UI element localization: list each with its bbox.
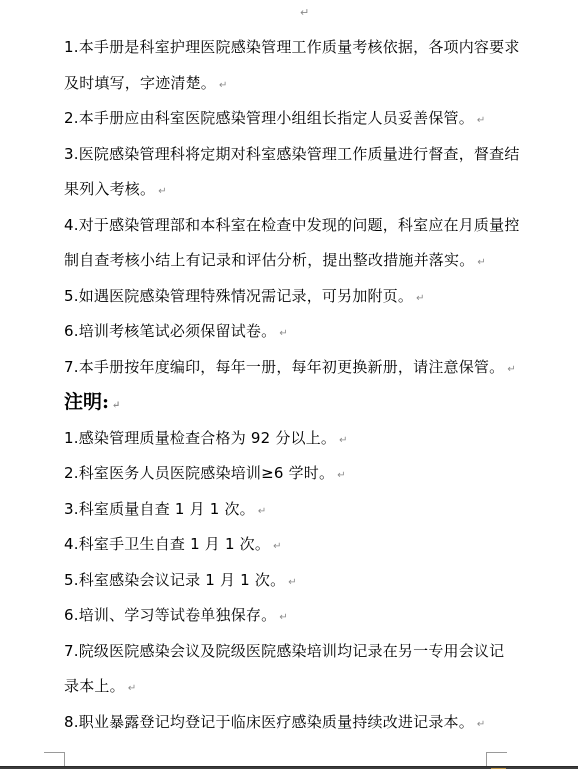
note-5: 5.科室感染会议记录 1 月 1 次。↵ xyxy=(64,563,540,599)
paragraph-mark-icon: ↵ xyxy=(158,186,167,197)
instruction-1: 1.本手册是科室护理医院感染管理工作质量考核依据，各项内容要求 及时填写，字迹清… xyxy=(64,30,540,101)
paragraph-mark-icon: ↵ xyxy=(477,115,486,126)
note-4: 4.科室手卫生自查 1 月 1 次。↵ xyxy=(64,527,540,563)
paragraph-mark-icon: ↵ xyxy=(112,400,120,411)
document-page[interactable]: ↵ 1.本手册是科室护理医院感染管理工作质量考核依据，各项内容要求 及时填写，字… xyxy=(0,0,578,765)
paragraph-mark-icon: ↵ xyxy=(219,80,228,91)
instruction-6: 6.培训考核笔试必须保留试卷。↵ xyxy=(64,314,540,350)
paragraph-mark-icon: ↵ xyxy=(258,506,267,517)
note-1: 1.感染管理质量检查合格为 92 分以上。↵ xyxy=(64,421,540,457)
paragraph-mark-icon: ↵ xyxy=(273,541,282,552)
margin-corner-mark-right xyxy=(486,752,507,767)
paragraph-mark-icon: ↵ xyxy=(477,719,486,730)
text-line: 3.医院感染管理科将定期对科室感染管理工作质量进行督查，督查结 xyxy=(64,137,540,173)
text-line: 6.培训、学习等试卷单独保存。↵ xyxy=(64,598,540,634)
note-2: 2.科室医务人员医院感染培训≥6 学时。↵ xyxy=(64,456,540,492)
note-3: 3.科室质量自查 1 月 1 次。↵ xyxy=(64,492,540,528)
note-7: 7.院级医院感染会议及院级医院感染培训均记录在另一专用会议记 录本上。↵ xyxy=(64,634,540,705)
text-line: 1.本手册是科室护理医院感染管理工作质量考核依据，各项内容要求 xyxy=(64,30,540,66)
paragraph-mark-icon: ↵ xyxy=(477,257,486,268)
paragraph-mark-icon: ↵ xyxy=(279,612,288,623)
instruction-4: 4.对于感染管理部和本科室在检查中发现的问题，科室应在月质量控 制自查考核小结上… xyxy=(64,208,540,279)
text-line: 果列入考核。↵ xyxy=(64,172,540,208)
margin-corner-mark-left xyxy=(44,752,65,767)
text-line: 8.职业暴露登记均登记于临床医疗感染质量持续改进记录本。↵ xyxy=(64,705,540,741)
instruction-7: 7.本手册按年度编印，每年一册，每年初更换新册，请注意保管。↵ xyxy=(64,350,540,386)
text-line: 7.院级医院感染会议及院级医院感染培训均记录在另一专用会议记 xyxy=(64,634,540,670)
paragraph-mark-icon: ↵ xyxy=(339,435,348,446)
text-line: 6.培训考核笔试必须保留试卷。↵ xyxy=(64,314,540,350)
instruction-5: 5.如遇医院感染管理特殊情况需记录，可另加附页。↵ xyxy=(64,279,540,315)
text-line: 2.本手册应由科室医院感染管理小组组长指定人员妥善保管。↵ xyxy=(64,101,540,137)
text-line: 5.科室感染会议记录 1 月 1 次。↵ xyxy=(64,563,540,599)
text-line: 及时填写，字迹清楚。↵ xyxy=(64,66,540,102)
paragraph-mark-icon: ↵ xyxy=(337,470,346,481)
text-line: 5.如遇医院感染管理特殊情况需记录，可另加附页。↵ xyxy=(64,279,540,315)
note-8: 8.职业暴露登记均登记于临床医疗感染质量持续改进记录本。↵ xyxy=(64,705,540,741)
paragraph-mark-icon: ↵ xyxy=(416,293,425,304)
instruction-3: 3.医院感染管理科将定期对科室感染管理工作质量进行督查，督查结 果列入考核。↵ xyxy=(64,137,540,208)
text-line: 录本上。↵ xyxy=(64,669,540,705)
note-6: 6.培训、学习等试卷单独保存。↵ xyxy=(64,598,540,634)
text-line: 制自查考核小结上有记录和评估分析，提出整改措施并落实。↵ xyxy=(64,243,540,279)
text-line: 7.本手册按年度编印，每年一册，每年初更换新册，请注意保管。↵ xyxy=(64,350,540,386)
text-line: 3.科室质量自查 1 月 1 次。↵ xyxy=(64,492,540,528)
notes-heading: 注明:↵ xyxy=(64,385,540,421)
paragraph-mark-icon: ↵ xyxy=(128,683,137,694)
text-line: 4.对于感染管理部和本科室在检查中发现的问题，科室应在月质量控 xyxy=(64,208,540,244)
paragraph-mark-icon: ↵ xyxy=(300,6,309,19)
text-line: 1.感染管理质量检查合格为 92 分以上。↵ xyxy=(64,421,540,457)
paragraph-mark-icon: ↵ xyxy=(507,364,516,375)
text-line: 4.科室手卫生自查 1 月 1 次。↵ xyxy=(64,527,540,563)
document-body[interactable]: 1.本手册是科室护理医院感染管理工作质量考核依据，各项内容要求 及时填写，字迹清… xyxy=(64,30,540,740)
paragraph-mark-icon: ↵ xyxy=(288,577,297,588)
instruction-2: 2.本手册应由科室医院感染管理小组组长指定人员妥善保管。↵ xyxy=(64,101,540,137)
paragraph-mark-icon: ↵ xyxy=(279,328,288,339)
text-line: 2.科室医务人员医院感染培训≥6 学时。↵ xyxy=(64,456,540,492)
